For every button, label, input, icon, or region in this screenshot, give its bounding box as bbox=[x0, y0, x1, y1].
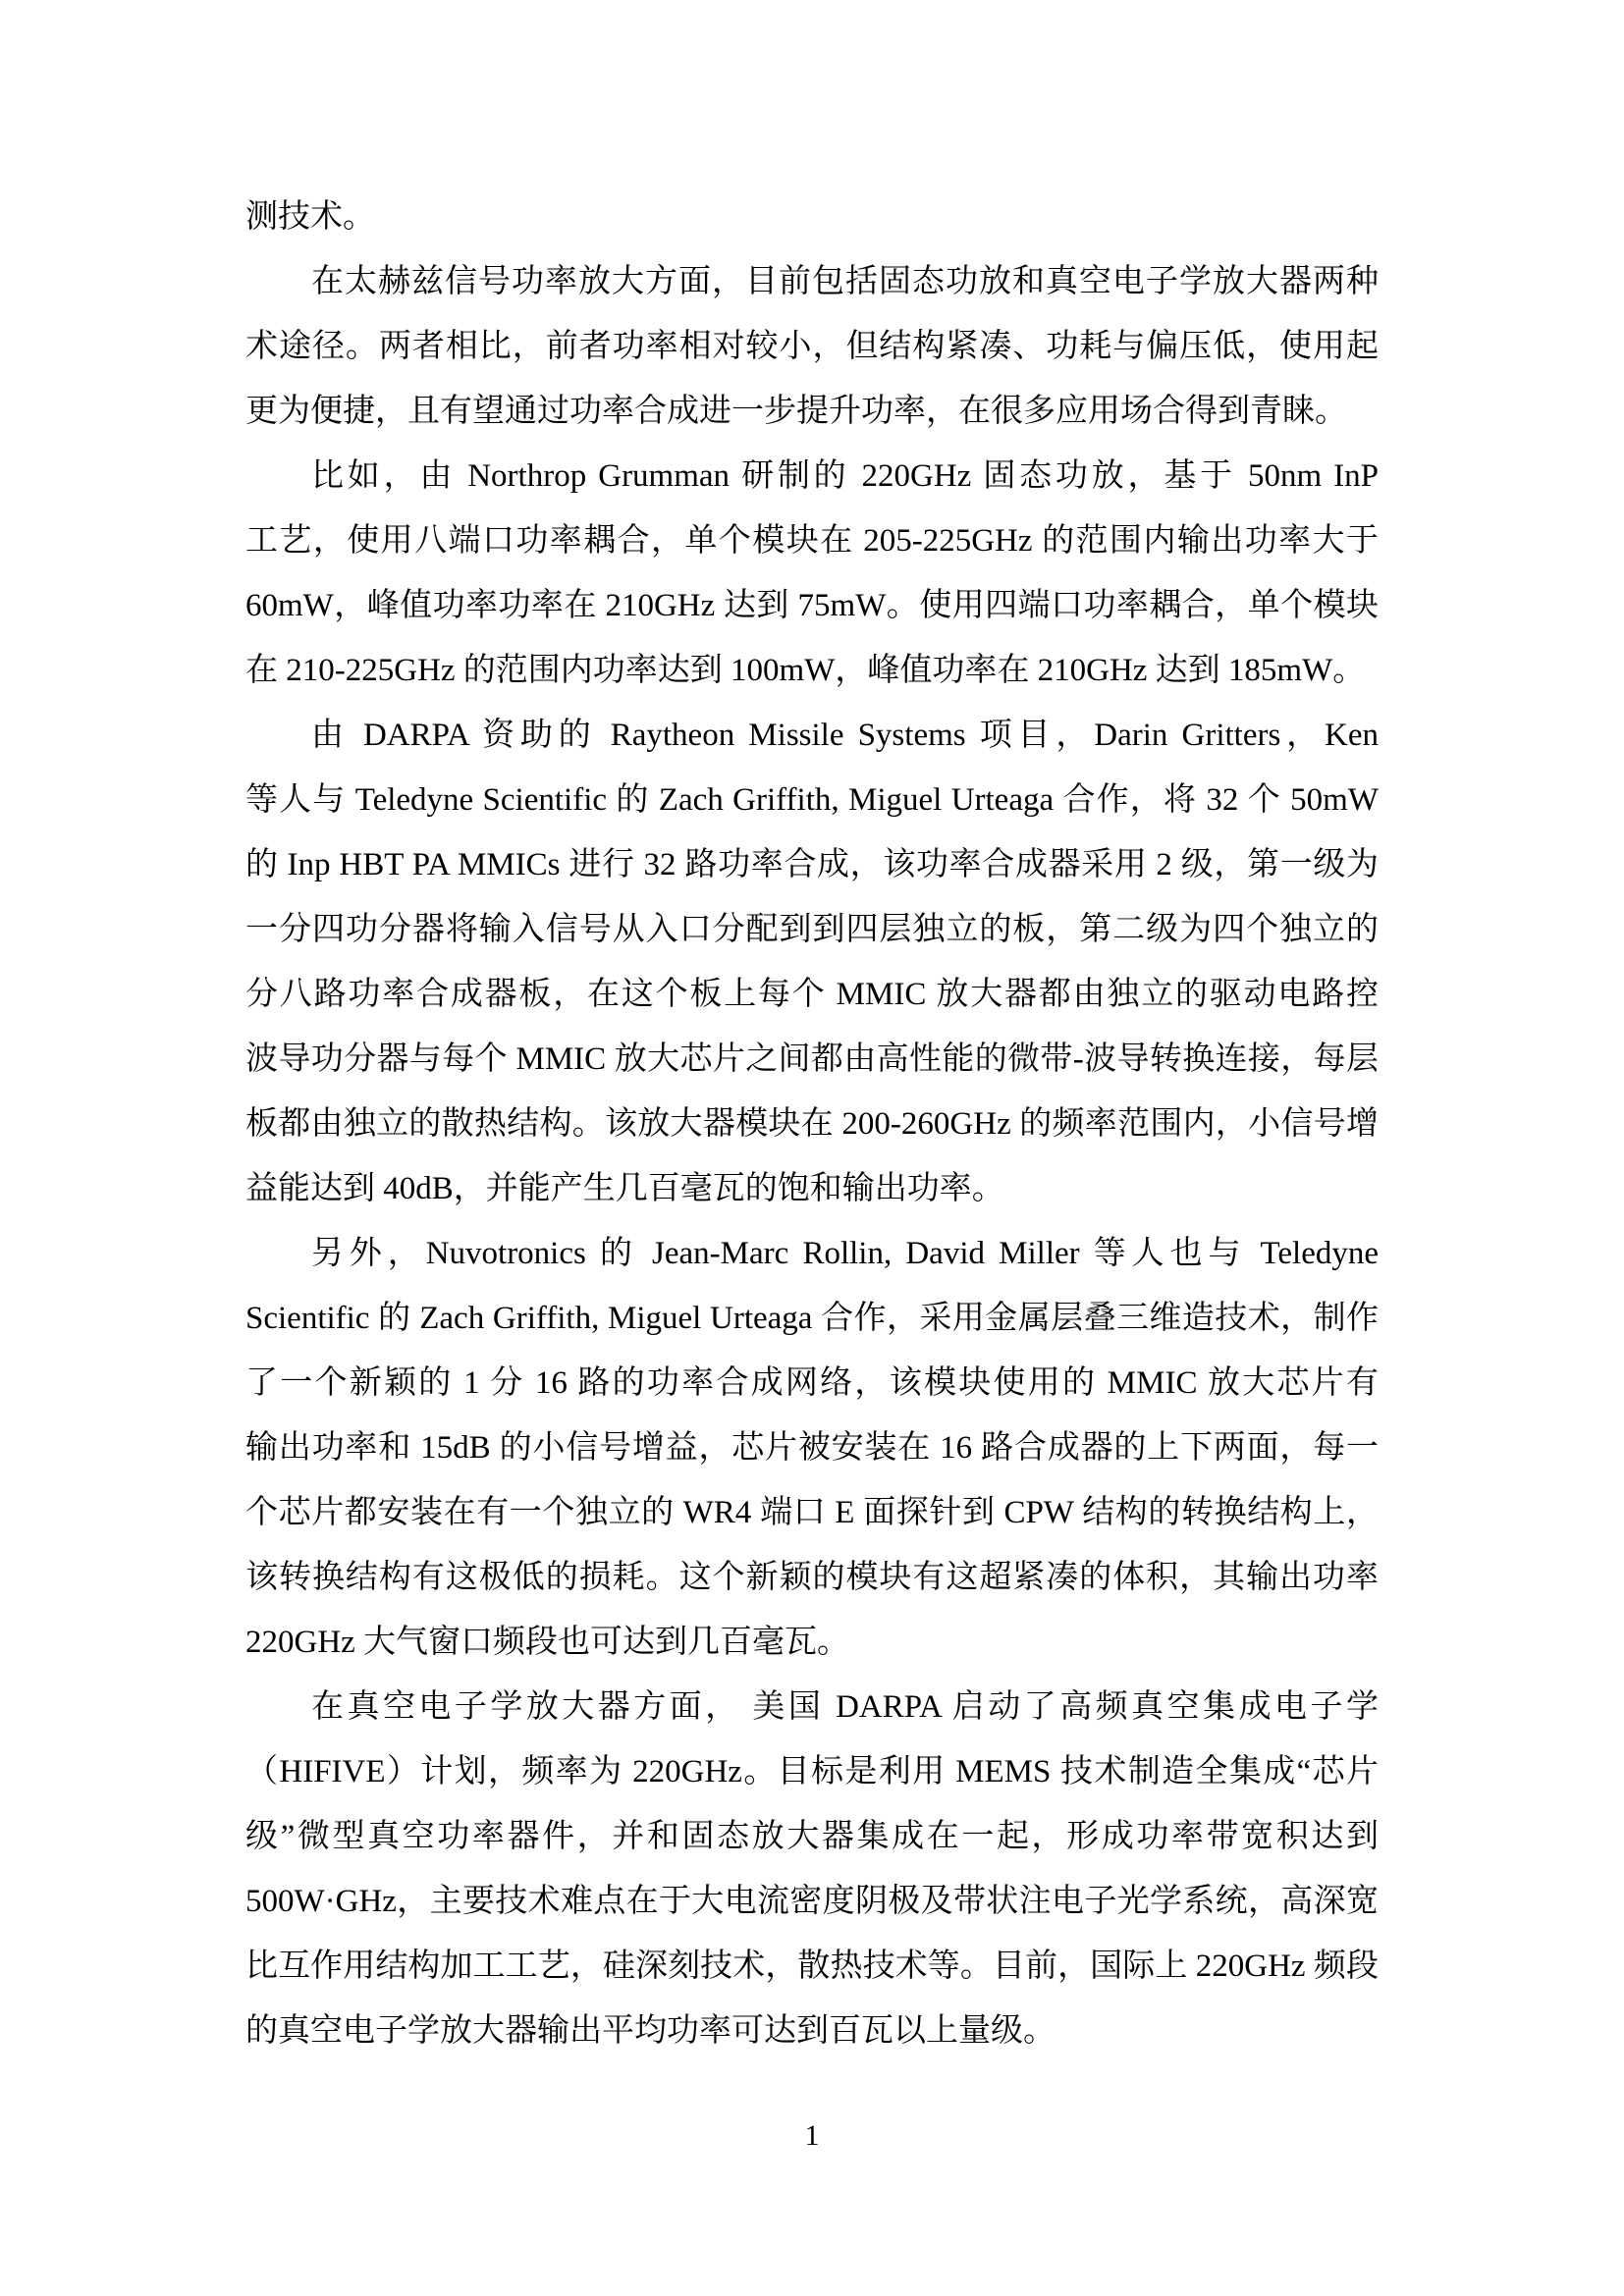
paragraph: 由 DARPA 资助的 Raytheon Missile Systems 项目，… bbox=[245, 703, 1379, 1221]
text-line: 板都由独立的散热结构。该放大器模块在 200-260GHz 的频率范围内，小信号… bbox=[245, 1092, 1379, 1156]
document-body: 测技术。在太赫兹信号功率放大方面，目前包括固态功放和真空电子学放大器两种技术途径… bbox=[245, 185, 1379, 2063]
text-line: Scientific 的 Zach Griffith, Miguel Urtea… bbox=[245, 1286, 1379, 1351]
text-line: 在 210-225GHz 的范围内功率达到 100mW，峰值功率在 210GHz… bbox=[245, 638, 1379, 703]
paragraph: 比如，由 Northrop Grumman 研制的 220GHz 固态功放，基于… bbox=[245, 444, 1379, 703]
text-line: 测技术。 bbox=[245, 185, 1379, 249]
text-line: 比如，由 Northrop Grumman 研制的 220GHz 固态功放，基于… bbox=[245, 444, 1379, 508]
text-line: 分八路功率合成器板，在这个板上每个 MMIC 放大器都由独立的驱动电路控制， bbox=[245, 962, 1379, 1027]
text-line: 等人与 Teledyne Scientific 的 Zach Griffith,… bbox=[245, 768, 1379, 832]
paragraph: 在太赫兹信号功率放大方面，目前包括固态功放和真空电子学放大器两种技术途径。两者相… bbox=[245, 249, 1379, 444]
text-line: 220GHz 大气窗口频段也可达到几百毫瓦。 bbox=[245, 1610, 1379, 1675]
text-line: 术途径。两者相比，前者功率相对较小，但结构紧凑、功耗与偏压低，使用起来 bbox=[245, 314, 1379, 379]
text-line: 500W·GHz，主要技术难点在于大电流密度阴极及带状注电子光学系统，高深宽 bbox=[245, 1869, 1379, 1934]
text-line: 在太赫兹信号功率放大方面，目前包括固态功放和真空电子学放大器两种技 bbox=[245, 249, 1379, 314]
page-number: 1 bbox=[0, 2116, 1624, 2156]
text-line: 益能达到 40dB，并能产生几百毫瓦的饱和输出功率。 bbox=[245, 1156, 1379, 1221]
text-line: 该转换结构有这极低的损耗。这个新颖的模块有这超紧凑的体积，其输出功率在 bbox=[245, 1545, 1379, 1610]
text-line: 个芯片都安装在有一个独立的 WR4 端口 E 面探针到 CPW 结构的转换结构上… bbox=[245, 1480, 1379, 1545]
paragraph: 另外，Nuvotronics 的 Jean-Marc Rollin, David… bbox=[245, 1221, 1379, 1675]
paragraph: 在真空电子学放大器方面， 美国 DARPA 启动了高频真空集成电子学（HIFIV… bbox=[245, 1675, 1379, 2063]
text-line: 了一个新颖的 1 分 16 路的功率合成网络，该模块使用的 MMIC 放大芯片有… bbox=[245, 1351, 1379, 1415]
text-line: 另外，Nuvotronics 的 Jean-Marc Rollin, David… bbox=[245, 1221, 1379, 1286]
text-line: 在真空电子学放大器方面， 美国 DARPA 启动了高频真空集成电子学 bbox=[245, 1675, 1379, 1739]
paragraph: 测技术。 bbox=[245, 185, 1379, 249]
document-page: 测技术。在太赫兹信号功率放大方面，目前包括固态功放和真空电子学放大器两种技术途径… bbox=[0, 0, 1624, 2296]
text-line: 输出功率和 15dB 的小信号增益，芯片被安装在 16 路合成器的上下两面，每一 bbox=[245, 1415, 1379, 1480]
text-line: 波导功分器与每个 MMIC 放大芯片之间都由高性能的微带-波导转换连接，每层 bbox=[245, 1027, 1379, 1092]
text-line: 工艺，使用八端口功率耦合，单个模块在 205-225GHz 的范围内输出功率大于 bbox=[245, 508, 1379, 573]
text-line: 级”微型真空功率器件，并和固态放大器集成在一起，形成功率带宽积达到 bbox=[245, 1804, 1379, 1869]
text-line: 由 DARPA 资助的 Raytheon Missile Systems 项目，… bbox=[245, 703, 1379, 768]
text-line: 60mW，峰值功率功率在 210GHz 达到 75mW。使用四端口功率耦合，单个… bbox=[245, 573, 1379, 638]
text-line: 的 Inp HBT PA MMICs 进行 32 路功率合成，该功率合成器采用 … bbox=[245, 832, 1379, 897]
text-line: 的真空电子学放大器输出平均功率可达到百瓦以上量级。 bbox=[245, 1999, 1379, 2063]
text-line: 比互作用结构加工工艺，硅深刻技术，散热技术等。目前，国际上 220GHz 频段 bbox=[245, 1934, 1379, 1999]
text-line: 更为便捷，且有望通过功率合成进一步提升功率，在很多应用场合得到青睐。 bbox=[245, 379, 1379, 444]
text-line: 一分四功分器将输入信号从入口分配到到四层独立的板，第二级为四个独立的一 bbox=[245, 897, 1379, 962]
text-line: （HIFIVE）计划，频率为 220GHz。目标是利用 MEMS 技术制造全集成… bbox=[245, 1739, 1379, 1804]
